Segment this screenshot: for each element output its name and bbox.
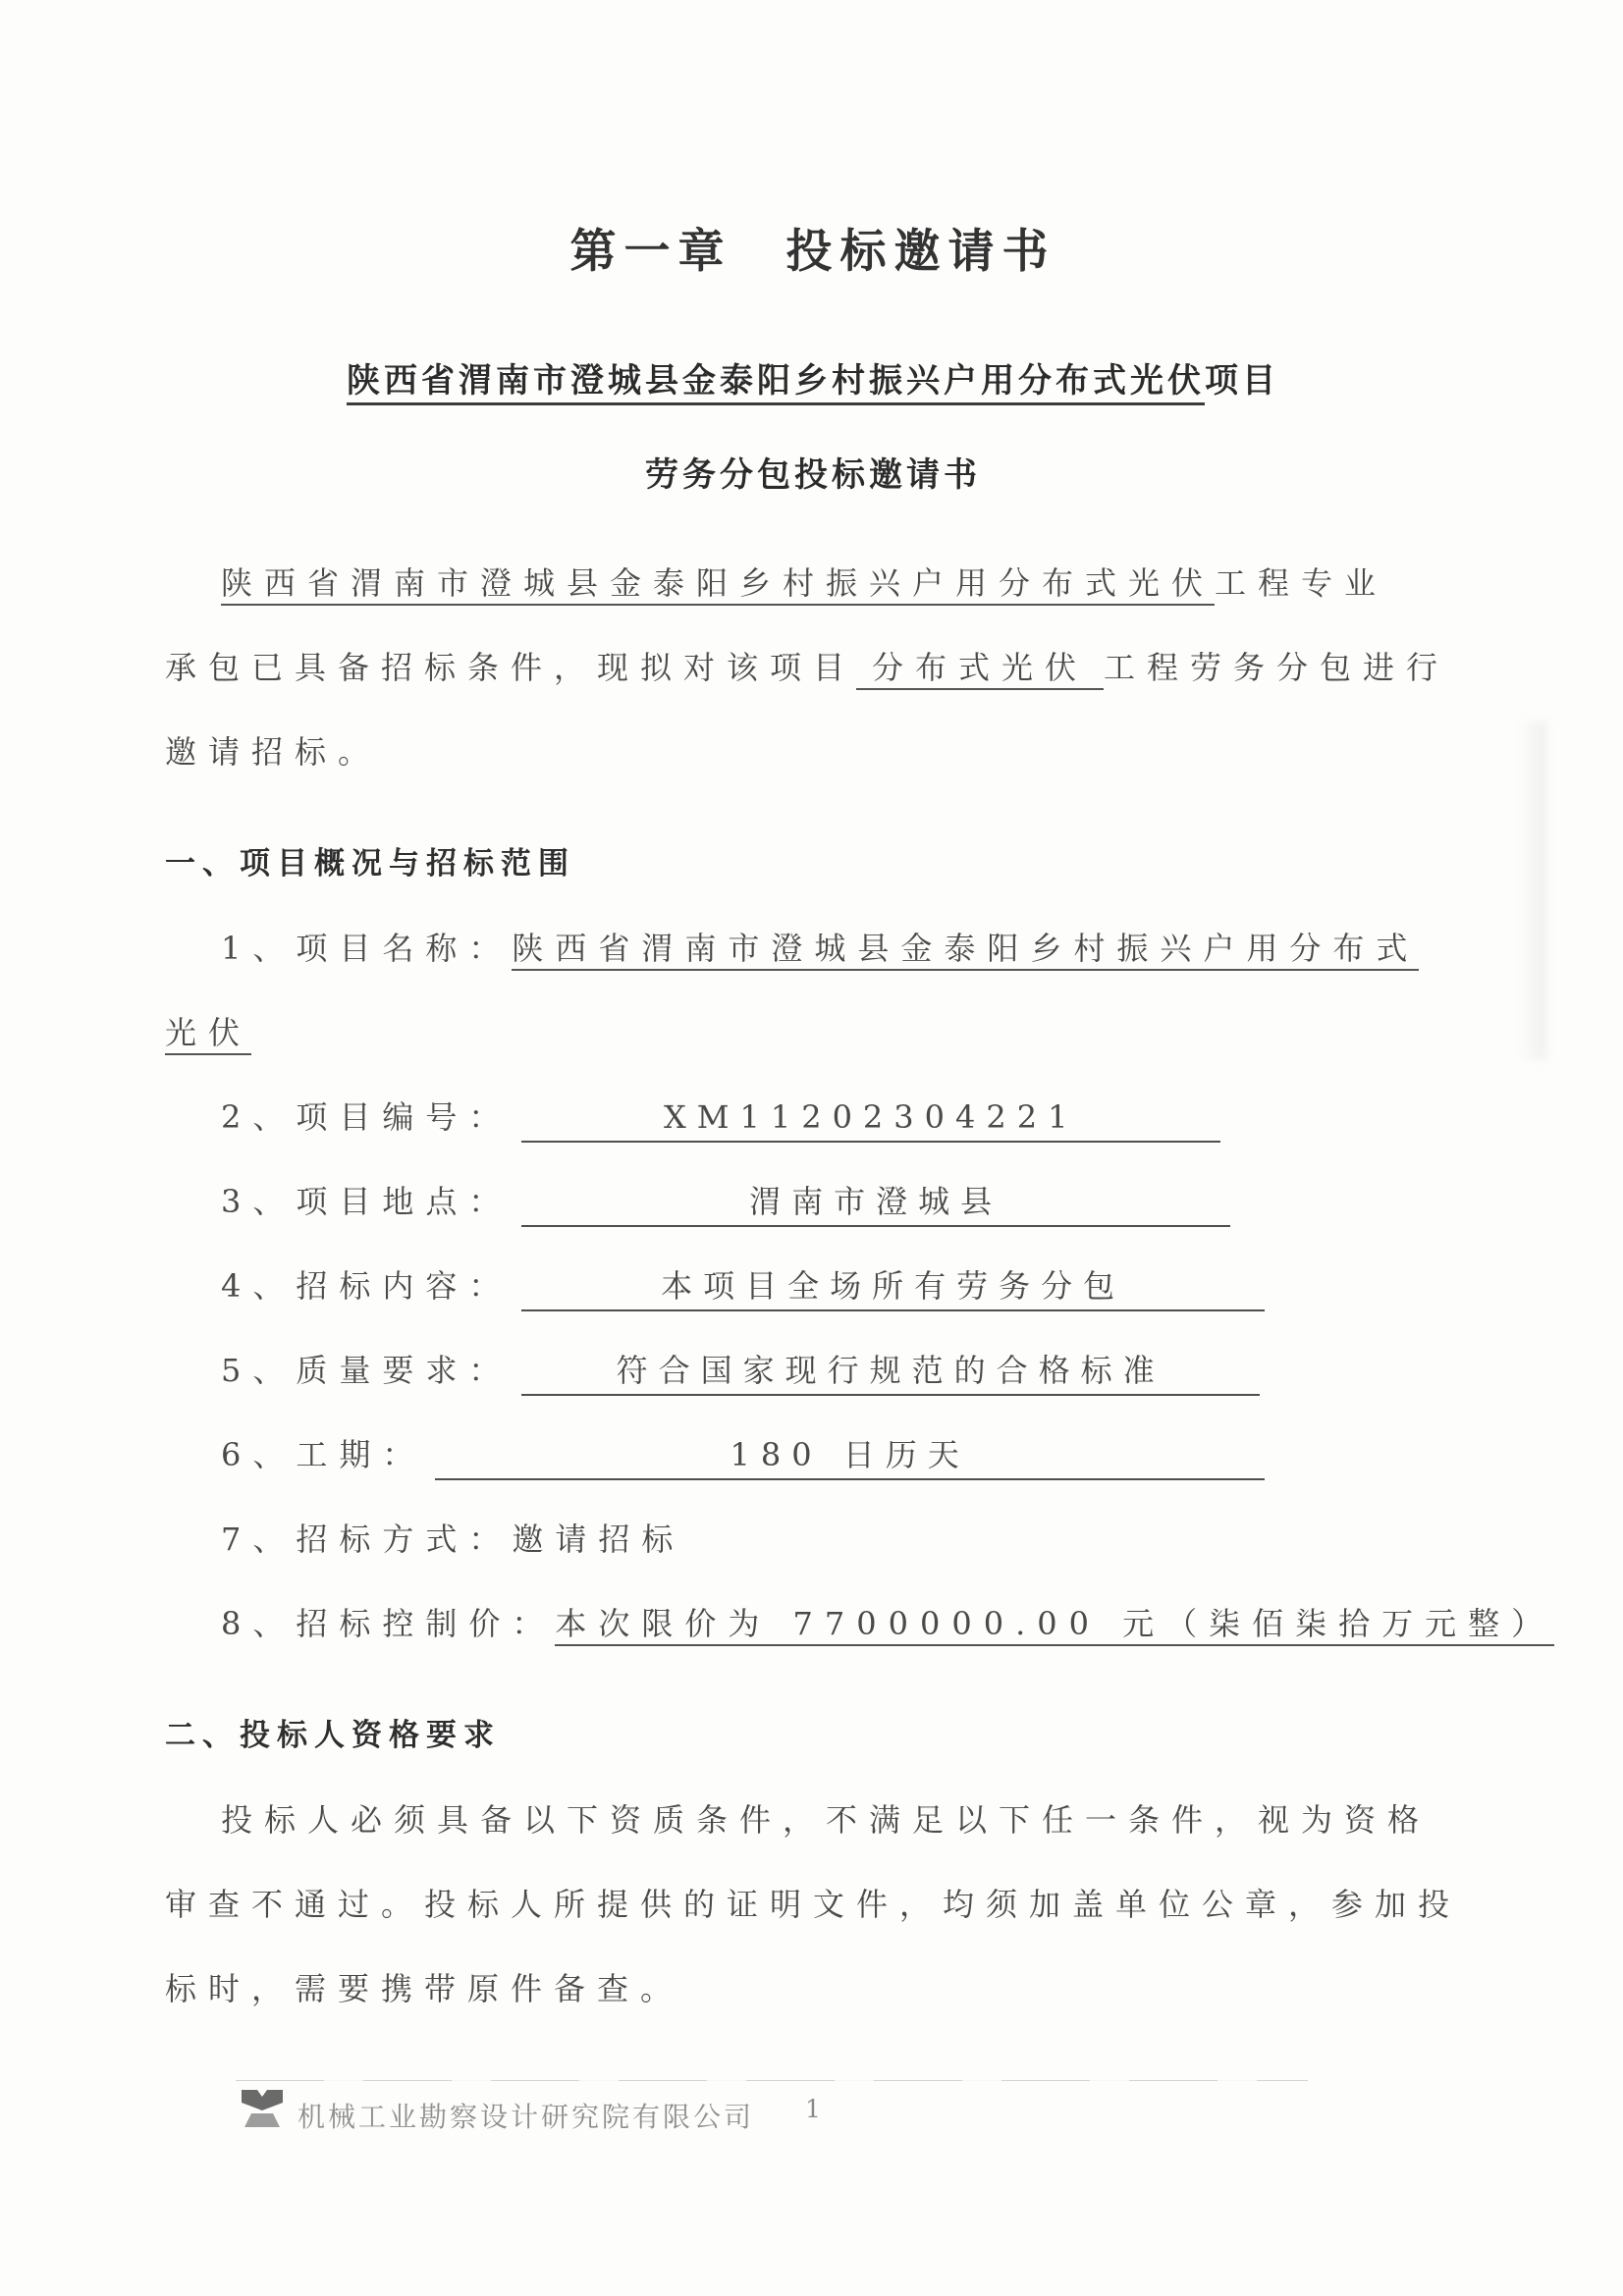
item-4-value-blank: 本项目全场所有劳务分包	[521, 1262, 1265, 1311]
item-5-label: 5、质量要求：	[221, 1328, 512, 1413]
scanned-document-page: 第一章 投标邀请书 陕西省渭南市澄城县金泰阳乡村振兴户用分布式光伏项目 劳务分包…	[0, 0, 1623, 2296]
item-1-project-name: 1、项目名称：陕西省渭南市澄城县金泰阳乡村振兴户用分布式 光伏	[165, 906, 1461, 1075]
page-number: 1	[805, 2088, 821, 2131]
intro-line-3: 邀请招标。	[165, 710, 1461, 794]
company-logo-icon	[241, 2088, 284, 2146]
section2-heading: 二、投标人资格要求	[165, 1693, 1461, 1778]
item-8-value: 本次限价为 7700000.00 元（柒佰柒拾万元整）	[555, 1605, 1554, 1646]
item-3-label: 3、项目地点：	[221, 1159, 512, 1244]
qualification-line-1: 投标人必须具备以下资质条件，不满足以下任一条件，视为资格	[165, 1778, 1461, 1862]
intro-line2-underlined: 分布式光伏	[856, 649, 1104, 690]
footer-company-name: 机械工业勘察设计研究院有限公司	[298, 2096, 754, 2139]
item-4-label: 4、招标内容：	[221, 1244, 512, 1328]
item-8-bid-control-price: 8、招标控制价：本次限价为 7700000.00 元（柒佰柒拾万元整）	[165, 1581, 1461, 1666]
item-1-label: 1、项目名称：	[221, 930, 512, 967]
page-footer: 机械工业勘察设计研究院有限公司 1	[165, 2088, 1461, 2146]
intro-paragraph: 陕西省渭南市澄城县金泰阳乡村振兴户用分布式光伏工程专业 承包已具备招标条件，现拟…	[165, 541, 1461, 794]
project-subtitle-rest: 项目	[1205, 361, 1279, 400]
item-5-quality-requirement: 5、质量要求： 符合国家现行规范的合格标准	[165, 1328, 1260, 1413]
qualification-paragraph: 投标人必须具备以下资质条件，不满足以下任一条件，视为资格 审查不通过。投标人所提…	[165, 1778, 1461, 2031]
intro-line1-underlined: 陕西省渭南市澄城县金泰阳乡村振兴户用分布式光伏	[221, 564, 1215, 606]
item-2-value-blank: XM11202304221	[521, 1094, 1220, 1143]
item-2-label: 2、项目编号：	[221, 1075, 512, 1159]
project-subtitle-underlined: 陕西省渭南市澄城县金泰阳乡村振兴户用分布式光伏	[347, 361, 1205, 405]
intro-line1-rest: 工程专业	[1215, 564, 1387, 602]
qualification-line-2: 审查不通过。投标人所提供的证明文件，均须加盖单位公章，参加投	[165, 1862, 1461, 1947]
intro-line2-b: 工程劳务分包进行	[1104, 649, 1449, 686]
item-8-label: 8、招标控制价：	[221, 1605, 555, 1642]
item-2-project-number: 2、项目编号： XM11202304221	[165, 1075, 1220, 1159]
intro-line2-a: 承包已具备招标条件，现拟对该项目	[165, 649, 856, 686]
item-6-value-blank: 180 日历天	[435, 1431, 1265, 1480]
item-6-construction-period: 6、工期： 180 日历天	[165, 1413, 1265, 1497]
item-6-label: 6、工期：	[221, 1413, 425, 1497]
qualification-line-3: 标时，需要携带原件备查。	[165, 1947, 1461, 2031]
item-3-project-location: 3、项目地点： 渭南市澄城县	[165, 1159, 1230, 1244]
item-3-value-blank: 渭南市澄城县	[521, 1178, 1230, 1227]
intro-line-1: 陕西省渭南市澄城县金泰阳乡村振兴户用分布式光伏工程专业	[165, 541, 1461, 625]
document-content: 第一章 投标邀请书 陕西省渭南市澄城县金泰阳乡村振兴户用分布式光伏项目 劳务分包…	[0, 0, 1623, 2146]
item-1-line-2: 光伏	[165, 990, 1461, 1075]
item-1-value-line2: 光伏	[165, 1014, 251, 1055]
chapter-title: 第一章 投标邀请书	[165, 221, 1461, 284]
labor-subcontract-subtitle: 劳务分包投标邀请书	[165, 451, 1461, 500]
item-7-label: 7、招标方式：	[221, 1521, 512, 1558]
section1-heading: 一、项目概况与招标范围	[165, 822, 1461, 906]
item-5-value-blank: 符合国家现行规范的合格标准	[521, 1347, 1260, 1396]
item-7-bid-method: 7、招标方式：邀请招标	[165, 1497, 1461, 1581]
item-4-bid-content: 4、招标内容： 本项目全场所有劳务分包	[165, 1244, 1265, 1328]
item-7-value: 邀请招标	[512, 1521, 684, 1558]
project-subtitle: 陕西省渭南市澄城县金泰阳乡村振兴户用分布式光伏项目	[165, 356, 1461, 405]
item-1-line-1: 1、项目名称：陕西省渭南市澄城县金泰阳乡村振兴户用分布式	[165, 906, 1461, 990]
intro-line-2: 承包已具备招标条件，现拟对该项目分布式光伏工程劳务分包进行	[165, 625, 1461, 710]
item-1-value-line1: 陕西省渭南市澄城县金泰阳乡村振兴户用分布式	[512, 930, 1419, 971]
